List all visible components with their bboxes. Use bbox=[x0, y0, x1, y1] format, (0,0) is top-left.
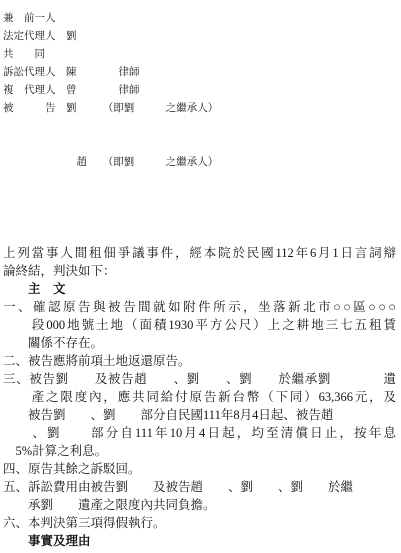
party-line-defendant: 被 告 劉 （即劉 之繼承人） bbox=[3, 100, 218, 118]
body-line-item-6: 六、本判決第三項得假執行。 bbox=[3, 514, 396, 532]
body-line-facts-reasons-heading: 事實及理由 bbox=[3, 532, 396, 550]
body-line-item-3a: 三、被告劉 及被告趙 、劉 、劉 於繼承劉 遺 bbox=[3, 370, 396, 388]
body-line-item-2: 二、被告應將前項土地返還原告。 bbox=[3, 352, 396, 370]
body-line-item-3d: 、劉 部分自111年10月4日起，均至清償日止，按年息 bbox=[3, 424, 396, 442]
body-line-item-1b: 段000地號土地（面積1930平方公尺）上之耕地三七五租賃 bbox=[3, 316, 396, 334]
party-line-joint: 共 同 bbox=[3, 46, 218, 64]
body-line-item-1a: 一、確認原告與被告間就如附件所示，坐落新北市○○區○○○ bbox=[3, 298, 396, 316]
party-line-substitute-agent: 複 代理人 曾 律師 bbox=[3, 82, 218, 100]
body-line-item-5b: 承劉 遺產之限度內共同負擔。 bbox=[3, 496, 396, 514]
body-line-item-1c: 關係不存在。 bbox=[3, 334, 396, 352]
body-line-item-3e: 5%計算之利息。 bbox=[3, 442, 396, 460]
party-section: 兼 前一人 法定代理人 劉 共 同 訴訟代理人 陳 律師 複 代理人 曾 律師 … bbox=[3, 10, 218, 172]
party-line-defendant-continued: 趙 （即劉 之繼承人） bbox=[3, 154, 218, 172]
body-line-item-4: 四、原告其餘之訴駁回。 bbox=[3, 460, 396, 478]
court-judgment-document: 兼 前一人 法定代理人 劉 共 同 訴訟代理人 陳 律師 複 代理人 曾 律師 … bbox=[0, 0, 401, 553]
body-line-preamble-1: 上列當事人間租佃爭議事件，經本院於民國112年6月1日言詞辯 bbox=[3, 244, 396, 262]
body-line-item-5a: 五、訴訟費用由被告劉 及被告趙 、劉 、劉 於繼 bbox=[3, 478, 396, 496]
party-line-legal-representative: 法定代理人 劉 bbox=[3, 28, 218, 46]
body-line-preamble-2: 論終結，判決如下： bbox=[3, 262, 396, 280]
party-line-also-former: 兼 前一人 bbox=[3, 10, 218, 28]
judgment-body-section: 上列當事人間租佃爭議事件，經本院於民國112年6月1日言詞辯 論終結，判決如下：… bbox=[3, 244, 396, 550]
body-line-main-text-heading: 主 文 bbox=[3, 280, 396, 298]
body-line-item-3b: 產之限度內，應共同給付原告新台幣（下同）63,366元，及 bbox=[3, 388, 396, 406]
body-line-item-3c: 被告劉 、劉 部分自民國111年8月4日起、被告趙 bbox=[3, 406, 396, 424]
party-line-litigation-agent: 訴訟代理人 陳 律師 bbox=[3, 64, 218, 82]
